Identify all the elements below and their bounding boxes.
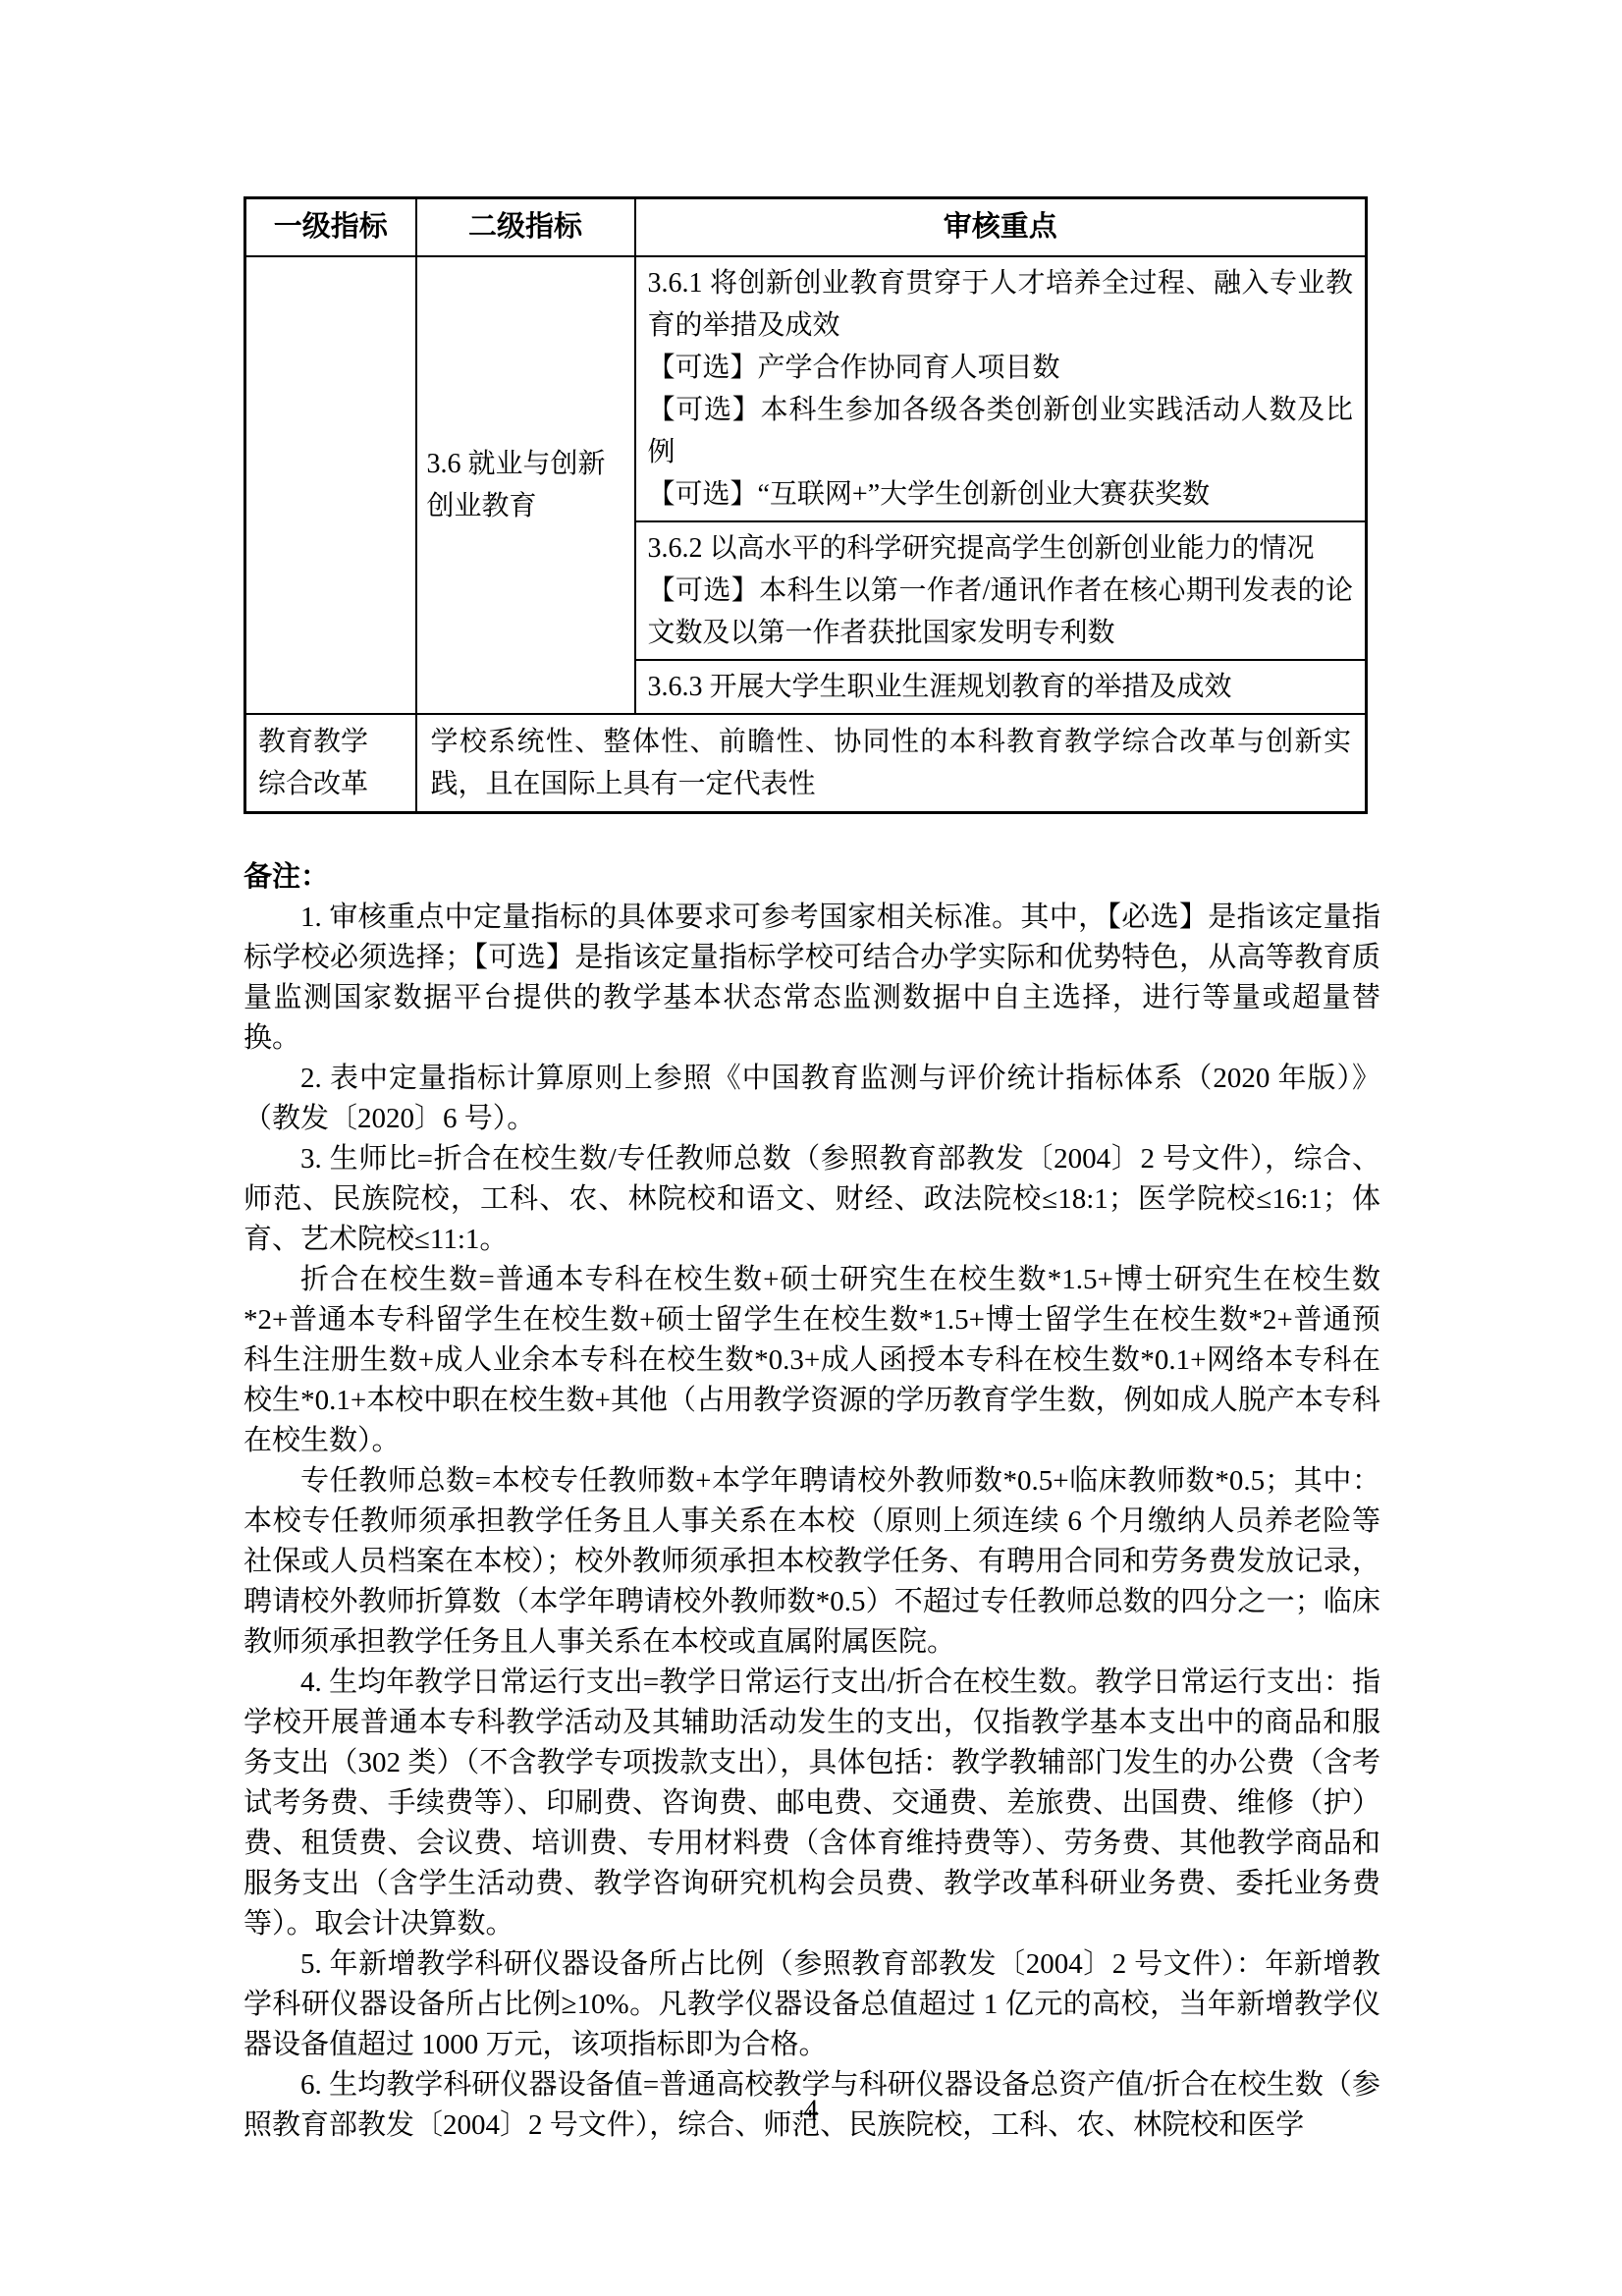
- content-area: 一级指标 二级指标 审核重点 3.6 就业与创新 创业教育 3.6.1 将创新创…: [243, 196, 1380, 2146]
- notes-section: 备注： 1. 审核重点中定量指标的具体要求可参考国家相关标准。其中，【必选】是指…: [243, 857, 1380, 2146]
- note-paragraph-3-formula-teachers: 专任教师总数=本校专任教师数+本学年聘请校外教师数*0.5+临床教师数*0.5；…: [243, 1461, 1380, 1663]
- note-paragraph-2: 2. 表中定量指标计算原则上参照《中国教育监测与评价统计指标体系（2020 年版…: [243, 1059, 1380, 1139]
- table-row-3-6-1: 3.6 就业与创新 创业教育 3.6.1 将创新创业教育贯穿于人才培养全过程、融…: [245, 256, 1367, 521]
- note-paragraph-3-formula-students: 折合在校生数=普通本专科在校生数+硕士研究生在校生数*1.5+博士研究生在校生数…: [243, 1260, 1380, 1461]
- col-header-focus: 审核重点: [635, 198, 1367, 257]
- indicator-table: 一级指标 二级指标 审核重点 3.6 就业与创新 创业教育 3.6.1 将创新创…: [243, 196, 1368, 814]
- note-paragraph-1: 1. 审核重点中定量指标的具体要求可参考国家相关标准。其中，【必选】是指该定量指…: [243, 898, 1380, 1059]
- cell-reform-content: 学校系统性、整体性、前瞻性、协同性的本科教育教学综合改革与创新实践，且在国际上具…: [416, 714, 1367, 813]
- note-paragraph-4: 4. 生均年教学日常运行支出=教学日常运行支出/折合在校生数。教学日常运行支出：…: [243, 1663, 1380, 1944]
- page-number: 4: [0, 2094, 1622, 2127]
- table-row-reform: 教育教学 综合改革 学校系统性、整体性、前瞻性、协同性的本科教育教学综合改革与创…: [245, 714, 1367, 813]
- cell-focus-3-6-2: 3.6.2 以高水平的科学研究提高学生创新创业能力的情况 【可选】本科生以第一作…: [635, 521, 1367, 660]
- cell-level1-empty: [245, 256, 416, 714]
- cell-level1-reform: 教育教学 综合改革: [245, 714, 416, 813]
- note-paragraph-3: 3. 生师比=折合在校生数/专任教师总数（参照教育部教发〔2004〕2 号文件）…: [243, 1139, 1380, 1260]
- cell-focus-3-6-3: 3.6.3 开展大学生职业生涯规划教育的举措及成效: [635, 660, 1367, 714]
- note-paragraph-5: 5. 年新增教学科研仪器设备所占比例（参照教育部教发〔2004〕2 号文件）：年…: [243, 1944, 1380, 2065]
- cell-level2-3-6: 3.6 就业与创新 创业教育: [416, 256, 635, 714]
- focus-line: 3.6.2 以高水平的科学研究提高学生创新创业能力的情况: [648, 527, 1354, 570]
- focus-line: 3.6.1 将创新创业教育贯穿于人才培养全过程、融入专业教育的举措及成效: [648, 262, 1354, 347]
- table-header-row: 一级指标 二级指标 审核重点: [245, 198, 1367, 257]
- notes-heading: 备注：: [243, 857, 1380, 898]
- focus-line: 3.6.3 开展大学生职业生涯规划教育的举措及成效: [648, 666, 1354, 708]
- focus-line: 【可选】“互联网+”大学生创新创业大赛获奖数: [648, 473, 1354, 516]
- col-header-level1: 一级指标: [245, 198, 416, 257]
- col-header-level2: 二级指标: [416, 198, 635, 257]
- focus-line: 【可选】本科生参加各级各类创新创业实践活动人数及比例: [648, 389, 1354, 473]
- focus-line: 【可选】本科生以第一作者/通讯作者在核心期刊发表的论文数及以第一作者获批国家发明…: [648, 570, 1354, 654]
- focus-line: 【可选】产学合作协同育人项目数: [648, 347, 1354, 389]
- cell-focus-3-6-1: 3.6.1 将创新创业教育贯穿于人才培养全过程、融入专业教育的举措及成效 【可选…: [635, 256, 1367, 521]
- document-page: 一级指标 二级指标 审核重点 3.6 就业与创新 创业教育 3.6.1 将创新创…: [0, 0, 1622, 2296]
